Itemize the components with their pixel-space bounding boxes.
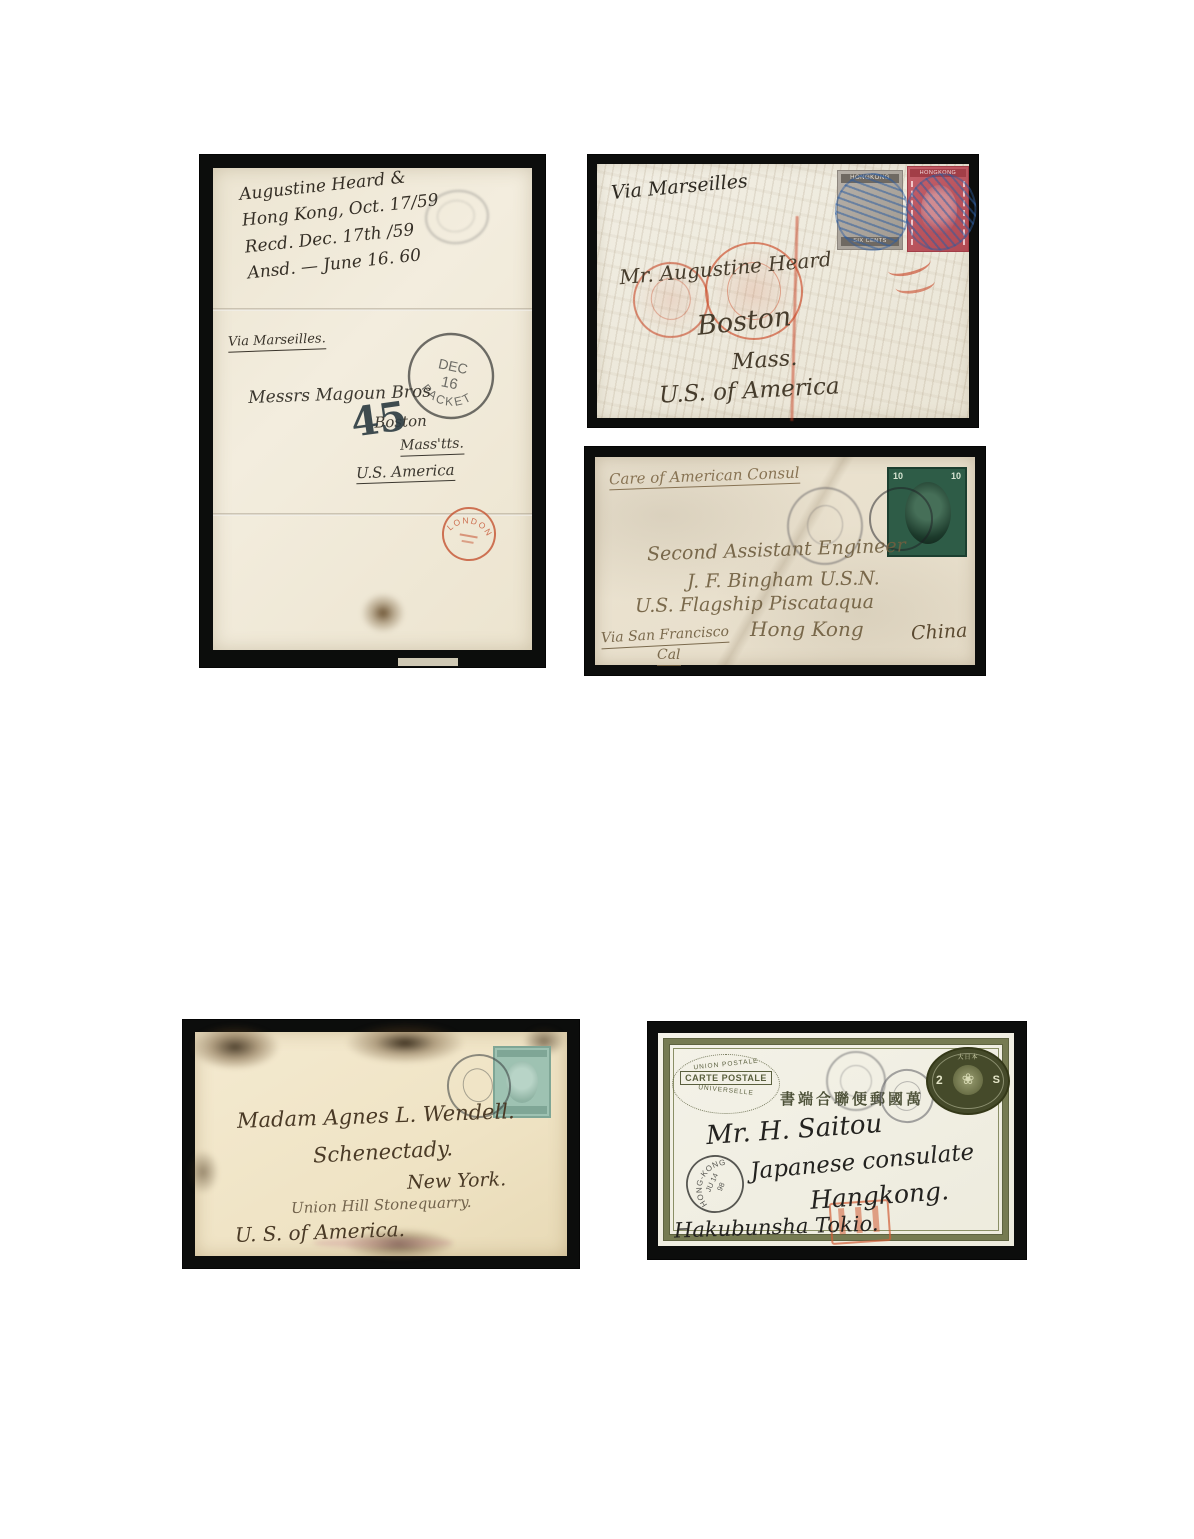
wendell-cover-paper: Madam Agnes L. Wendell. Schenectady. New…: [195, 1032, 567, 1256]
postal-card-photo: UNION POSTALE CARTE POSTALE UNIVERSELLE …: [648, 1022, 1026, 1259]
stamp-value-numeral: 10: [893, 471, 903, 481]
stamp-top-tablet: [497, 1050, 547, 1057]
imprinted-stamp-kanji: 大日本: [957, 1052, 978, 1061]
paper-stain: [361, 593, 405, 633]
stamp-value-numeral: 10: [951, 471, 961, 481]
address-line: U.S. Flagship Piscataqua: [635, 591, 874, 618]
folded-letter-paper: Augustine Heard & Hong Kong, Oct. 17/59 …: [213, 168, 532, 650]
route-endorsement: Via Marseilles: [610, 170, 748, 205]
marseilles-cover-paper: Via Marseilles HONGKONG SIX CENTS HONGKO…: [597, 164, 969, 418]
hongkong-grey-stamp: HONGKONG SIX CENTS: [837, 170, 903, 250]
route-line: Via San Francisco: [601, 624, 730, 649]
address-line: U.S. of America: [658, 373, 840, 410]
burn-stain: [190, 1024, 280, 1070]
indicium-value: 2: [936, 1073, 943, 1087]
address-line: Union Hill Stonequarry.: [291, 1193, 472, 1217]
imprinted-stamp: 大日本 ❀ 2 S: [926, 1047, 1010, 1115]
address-line: Mass.: [731, 346, 798, 377]
address-line: New York.: [407, 1168, 507, 1194]
burn-stain: [187, 1150, 219, 1194]
address-line: U.S. America: [356, 461, 455, 484]
upu-emblem: UNION POSTALE CARTE POSTALE UNIVERSELLE: [674, 1061, 778, 1094]
destination: China: [910, 620, 968, 646]
faint-postmark-inner: [435, 198, 477, 235]
grey-transit-cds: [826, 1051, 886, 1111]
wendell-cover-photo: Madam Agnes L. Wendell. Schenectady. New…: [183, 1020, 579, 1268]
fold-crease: [213, 308, 532, 311]
route-line: Cal: [657, 647, 681, 666]
address-line: Schenectady.: [312, 1136, 453, 1168]
paper-edge-tab: [398, 658, 458, 666]
burn-stain: [345, 1022, 465, 1064]
postal-card: UNION POSTALE CARTE POSTALE UNIVERSELLE …: [658, 1033, 1014, 1246]
consul-cover-photo: Care of American Consul 10 10 Second Ass…: [585, 447, 985, 675]
hongkong-cds-year: 98: [715, 1181, 727, 1192]
consul-endorsement: Care of American Consul: [609, 464, 800, 491]
consul-cover-paper: Care of American Consul 10 10 Second Ass…: [595, 457, 975, 665]
london-datestamp: LONDON: [433, 498, 505, 570]
b62-cancel: [896, 164, 987, 260]
chrysanthemum-crest: ❀: [953, 1065, 983, 1095]
docket-block: Augustine Heard & Hong Kong, Oct. 17/59 …: [238, 161, 445, 286]
hongkong-rose-stamp: HONGKONG: [907, 166, 969, 252]
address-line: J. F. Bingham U.S.N.: [687, 567, 880, 593]
address-line: Second Assistant Engineer: [647, 534, 906, 566]
address-line: Hong Kong: [750, 617, 864, 641]
folded-letter-photo: Augustine Heard & Hong Kong, Oct. 17/59 …: [200, 155, 545, 667]
packet-day: 16: [440, 373, 460, 393]
rate-mark-45: 45: [348, 392, 410, 447]
grey-transit-cds-inner: [889, 1077, 926, 1115]
indicium-unit: S: [993, 1074, 1000, 1086]
route-endorsement: Via Marseilles.: [228, 331, 326, 352]
address-line: Madam Agnes L. Wendell.: [237, 1099, 515, 1134]
grey-transit-cds-inner: [840, 1065, 872, 1097]
marseilles-cover-photo: Via Marseilles HONGKONG SIX CENTS HONGKO…: [588, 155, 978, 427]
